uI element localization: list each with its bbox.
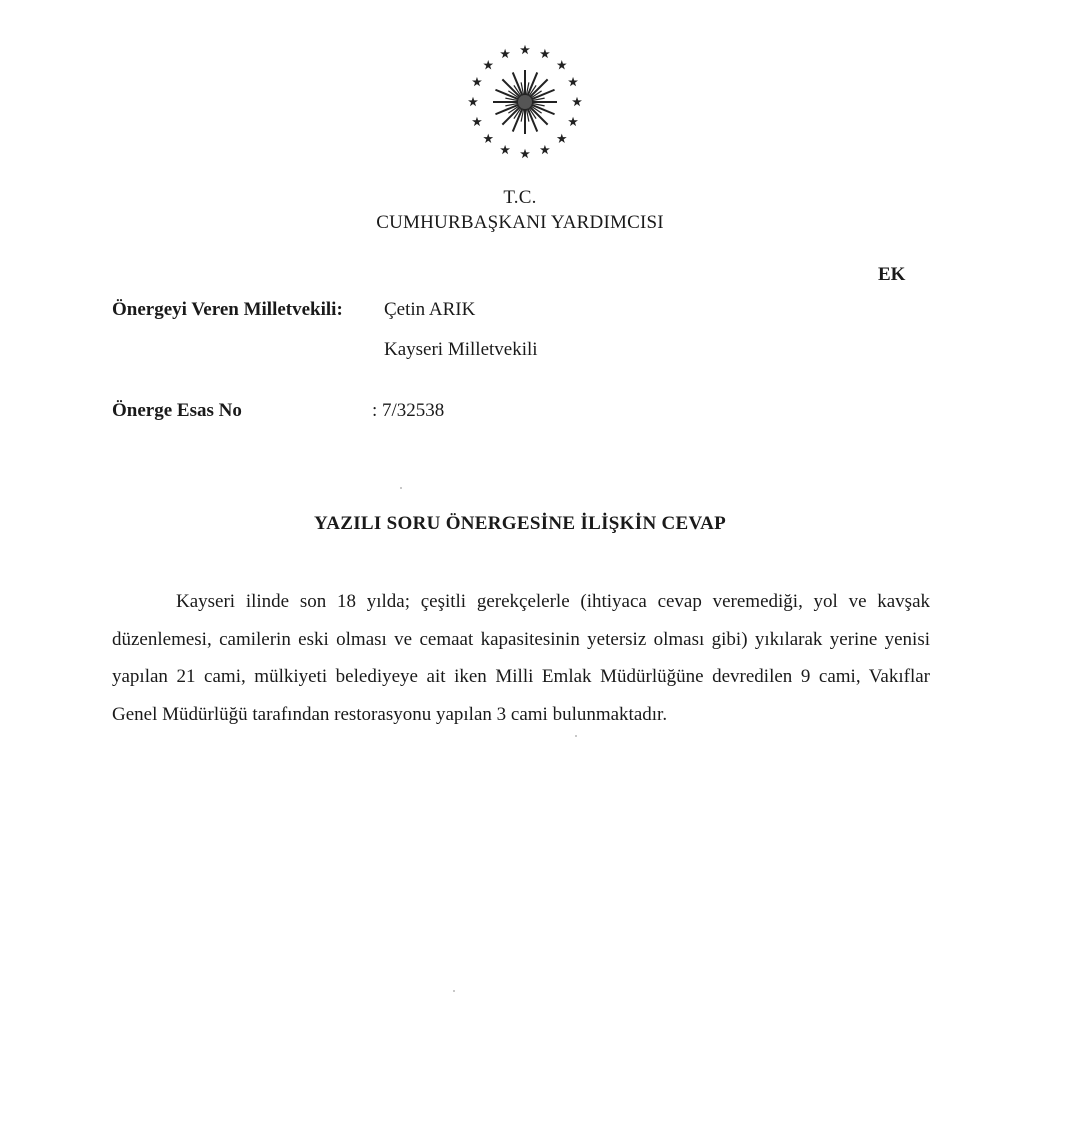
header-tc: T.C. [0,187,1040,209]
scan-speck [400,487,402,489]
presidential-emblem-icon [462,42,588,162]
mp-label: Önergeyi Veren Milletvekili: [112,299,343,321]
mp-name: Çetin ARIK [384,299,475,321]
scan-speck [453,990,455,992]
answer-title: YAZILI SORU ÖNERGESİNE İLİŞKİN CEVAP [0,513,1040,535]
scan-speck [575,735,577,737]
answer-body: Kayseri ilinde son 18 yılda; çeşitli ger… [112,583,930,733]
mp-title: Kayseri Milletvekili [384,339,538,361]
motion-number-value: : 7/32538 [372,400,444,422]
attachment-mark: EK [878,264,905,286]
motion-number-label: Önerge Esas No [112,400,242,422]
header-office-title: CUMHURBAŞKANI YARDIMCISI [0,212,1040,234]
